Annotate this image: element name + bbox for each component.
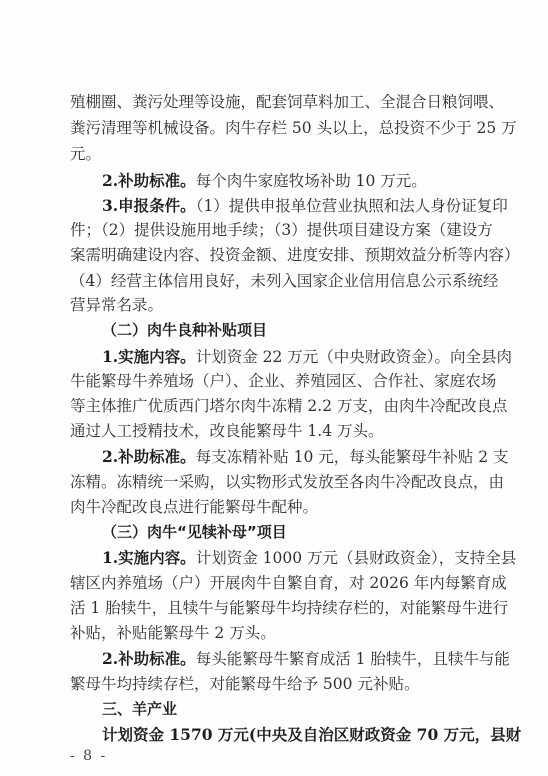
item-label: 3.申报条件。 xyxy=(102,196,196,215)
section-heading-calf-subsidy: （三）肉牛“见犊补母”项目 xyxy=(102,520,470,545)
item-label: 2.补助标准。 xyxy=(102,171,196,190)
item-text: 每支冻精补贴 10 元，每头能繁母牛补贴 2 支 xyxy=(196,448,509,466)
paragraph-line: 繁母牛均持续存栏，对能繁母牛给予 500 元补贴。 xyxy=(70,672,470,697)
paragraph-line: 牛能繁母牛养殖场（户）、企业、养殖园区、合作社、家庭农场 xyxy=(70,369,470,394)
paragraph-line: 补贴，补贴能繁母牛 2 万头。 xyxy=(70,621,470,646)
paragraph-line: 元。 xyxy=(70,142,470,167)
paragraph-line: 通过人工授精技术，改良能繁母牛 1.4 万头。 xyxy=(70,419,470,444)
paragraph-line: 粪污清理等机械设备。肉牛存栏 50 头以上，总投资不少于 25 万 xyxy=(70,116,470,141)
paragraph-line: 殖棚圈、粪污处理等设施，配套饲草料加工、全混合日粮饲喂、 xyxy=(70,90,470,115)
paragraph-line: （4）经营主体信用良好，未列入国家企业信用信息公示系统经 xyxy=(70,269,470,294)
application-conditions-line: 3.申报条件。（1）提供申报单位营业执照和法人身份证复印 xyxy=(102,193,470,218)
paragraph-line: 活 1 胎犊牛，且犊牛与能繁母牛均持续存栏的，对能繁母牛进行 xyxy=(70,596,470,621)
section-heading-breeding-subsidy: （二）肉牛良种补贴项目 xyxy=(102,318,470,343)
paragraph-line: 营异常名录。 xyxy=(70,293,470,318)
paragraph-line: 冻精。冻精统一采购，以实物形式发放至各肉牛冷配改良点，由 xyxy=(70,470,470,495)
sheep-funding-line: 计划资金 1570 万元(中央及自治区财政资金 70 万元，县财 xyxy=(102,722,470,747)
implementation-line: 1.实施内容。计划资金 1000 万元（县财政资金），支持全县 xyxy=(102,545,470,570)
item-text: 计划资金 22 万元（中央财政资金）。向全县肉 xyxy=(196,348,512,366)
item-text: 计划资金 1000 万元（县财政资金），支持全县 xyxy=(196,549,517,567)
item-label: 2.补助标准。 xyxy=(102,649,196,668)
subsidy-standard-line: 2.补助标准。每支冻精补贴 10 元，每头能繁母牛补贴 2 支 xyxy=(102,444,470,469)
paragraph-line: 件；（2）提供设施用地手续；（3）提供项目建设方案（建设方 xyxy=(70,218,470,243)
paragraph-line: 案需明确建设内容、投资金额、进度安排、预期效益分析等内容） xyxy=(70,243,470,268)
item-label: 1.实施内容。 xyxy=(102,548,196,567)
paragraph-line: 辖区内养殖场（户）开展肉牛自繁自育，对 2026 年内每繁育成 xyxy=(70,571,470,596)
page-number: - 8 - xyxy=(70,748,107,764)
item-text: （1）提供申报单位营业执照和法人身份证复印 xyxy=(196,197,508,215)
item-label: 2.补助标准。 xyxy=(102,447,196,466)
subsidy-standard-line: 2.补助标准。每个肉牛家庭牧场补助 10 万元。 xyxy=(102,168,470,193)
implementation-line: 1.实施内容。计划资金 22 万元（中央财政资金）。向全县肉 xyxy=(102,344,470,369)
paragraph-line: 肉牛冷配改良点进行能繁母牛配种。 xyxy=(70,495,470,520)
item-text: 每个肉牛家庭牧场补助 10 万元。 xyxy=(196,172,427,190)
item-label: 1.实施内容。 xyxy=(102,347,196,366)
section-heading-sheep-industry: 三、羊产业 xyxy=(102,697,470,722)
item-text: 每头能繁母牛繁育成活 1 胎犊牛，且犊牛与能 xyxy=(196,650,510,668)
paragraph-line: 等主体推广优质西门塔尔肉牛冻精 2.2 万支，由肉牛冷配改良点 xyxy=(70,394,470,419)
document-page: 殖棚圈、粪污处理等设施，配套饲草料加工、全混合日粮饲喂、 粪污清理等机械设备。肉… xyxy=(0,0,548,776)
subsidy-standard-line: 2.补助标准。每头能繁母牛繁育成活 1 胎犊牛，且犊牛与能 xyxy=(102,646,470,671)
